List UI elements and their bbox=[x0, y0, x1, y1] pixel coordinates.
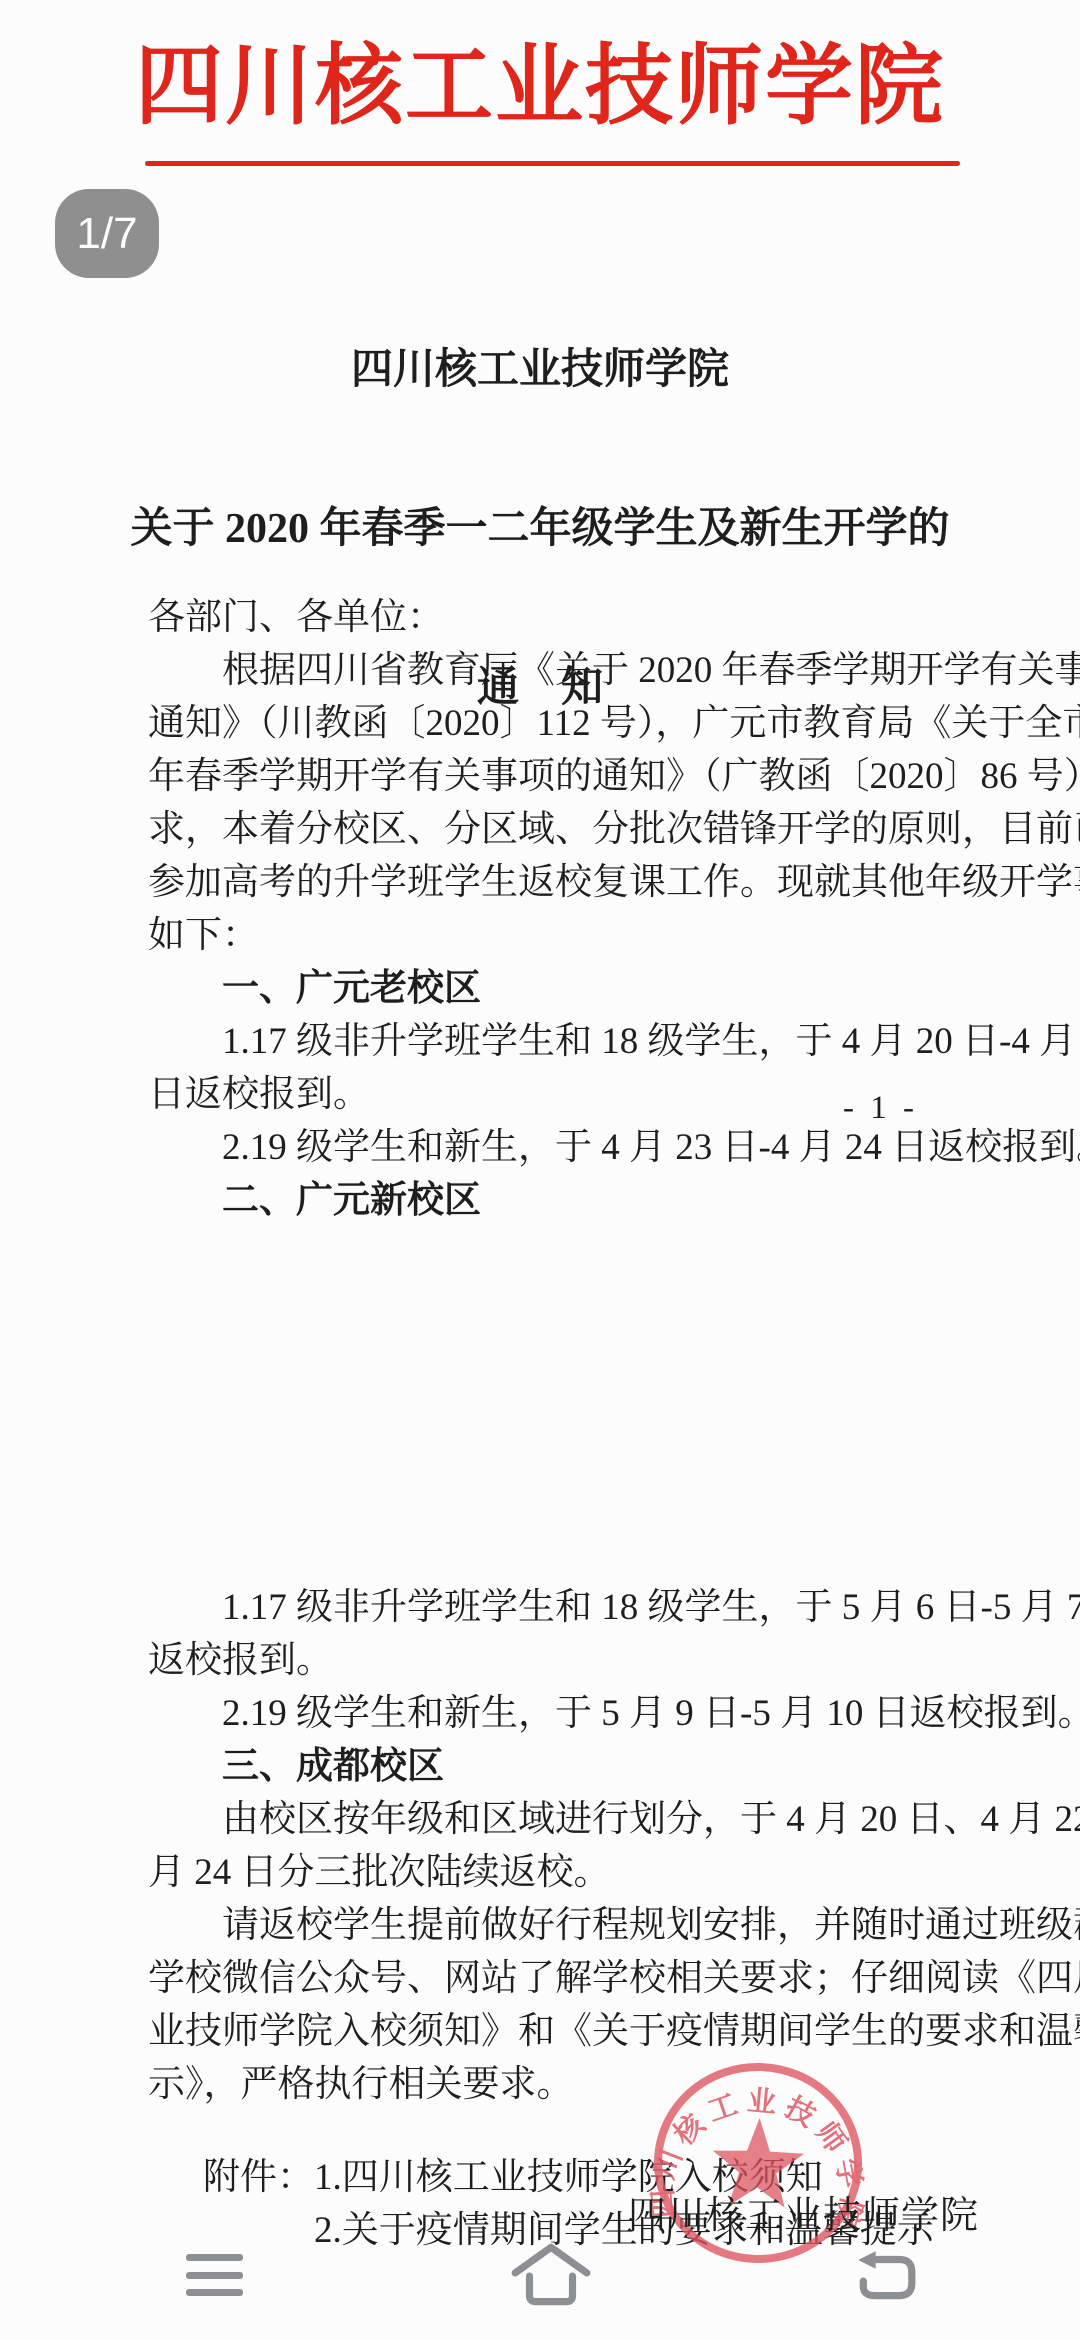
page1-body: 各部门、各单位：根据四川省教育厅《关于 2020 年春季学期开学有关事项的通知》… bbox=[148, 432, 1080, 1227]
official-seal-stamp-icon: 四川核工业技师学院 bbox=[636, 2052, 879, 2276]
menu-button[interactable] bbox=[186, 2254, 243, 2296]
menu-icon-bar bbox=[186, 2289, 243, 2296]
menu-icon-bar bbox=[186, 2272, 243, 2279]
doc-line: 各部门、各单位： bbox=[148, 591, 1080, 644]
home-button[interactable] bbox=[509, 2242, 593, 2308]
page-number: - 1 - bbox=[843, 1090, 918, 1127]
doc-line: 一、广元老校区 bbox=[148, 962, 1080, 1015]
screen: 四川核工业技师学院 1/7 四川核工业技师学院 关于 2020 年春季一二年级学… bbox=[0, 0, 1080, 2340]
doc-line: 通知》（川教函〔2020〕112 号），广元市教育局《关于全市 2020 bbox=[148, 697, 1080, 750]
doc-line: 三、成都校区 bbox=[148, 1740, 1080, 1793]
doc-line: 二、广元新校区 bbox=[148, 1174, 1080, 1227]
doc-line: 由校区按年级和区域进行划分，于 4 月 20 日、4 月 22 日、4 bbox=[148, 1793, 1080, 1846]
doc-line: 2.19 级学生和新生，于 4 月 23 日-4 月 24 日返校报到。 bbox=[148, 1121, 1080, 1174]
letterhead-title: 四川核工业技师学院 bbox=[0, 16, 1080, 142]
doc-line: 参加高考的升学班学生返校复课工作。现就其他年级开学事宜通 bbox=[148, 856, 1080, 909]
home-icon bbox=[509, 2242, 593, 2308]
back-button[interactable] bbox=[854, 2250, 918, 2304]
doc-line: 1.17 级非升学班学生和 18 级学生，于 4 月 20 日-4 月 21 bbox=[148, 1015, 1080, 1068]
doc-line: 年春季学期开学有关事项的通知》（广教函〔2020〕86 号）要 bbox=[148, 750, 1080, 803]
doc-title-line-1: 四川核工业技师学院 bbox=[0, 344, 1080, 397]
doc-line: 请返校学生提前做好行程规划安排，并随时通过班级群、 bbox=[148, 1899, 1080, 1952]
doc-line: 月 24 日分三批次陆续返校。 bbox=[148, 1846, 1080, 1899]
doc-line: 根据四川省教育厅《关于 2020 年春季学期开学有关事项的 bbox=[148, 644, 1080, 697]
doc-line: 日返校报到。 bbox=[148, 1068, 1080, 1121]
doc-line: 2.19 级学生和新生，于 5 月 9 日-5 月 10 日返校报到。 bbox=[148, 1687, 1080, 1740]
doc-line: 1.17 级非升学班学生和 18 级学生，于 5 月 6 日-5 月 7 日 bbox=[148, 1581, 1080, 1634]
menu-icon bbox=[186, 2254, 243, 2261]
letterhead-divider bbox=[145, 161, 960, 166]
doc-line: 如下： bbox=[148, 909, 1080, 962]
doc-line: 求，本着分校区、分区域、分批次错锋开学的原则，目前已完成 bbox=[148, 803, 1080, 856]
signature: 四川核工业技师学院 bbox=[628, 2184, 979, 2239]
back-icon bbox=[854, 2250, 918, 2304]
doc-line: 返校报到。 bbox=[148, 1634, 1080, 1687]
